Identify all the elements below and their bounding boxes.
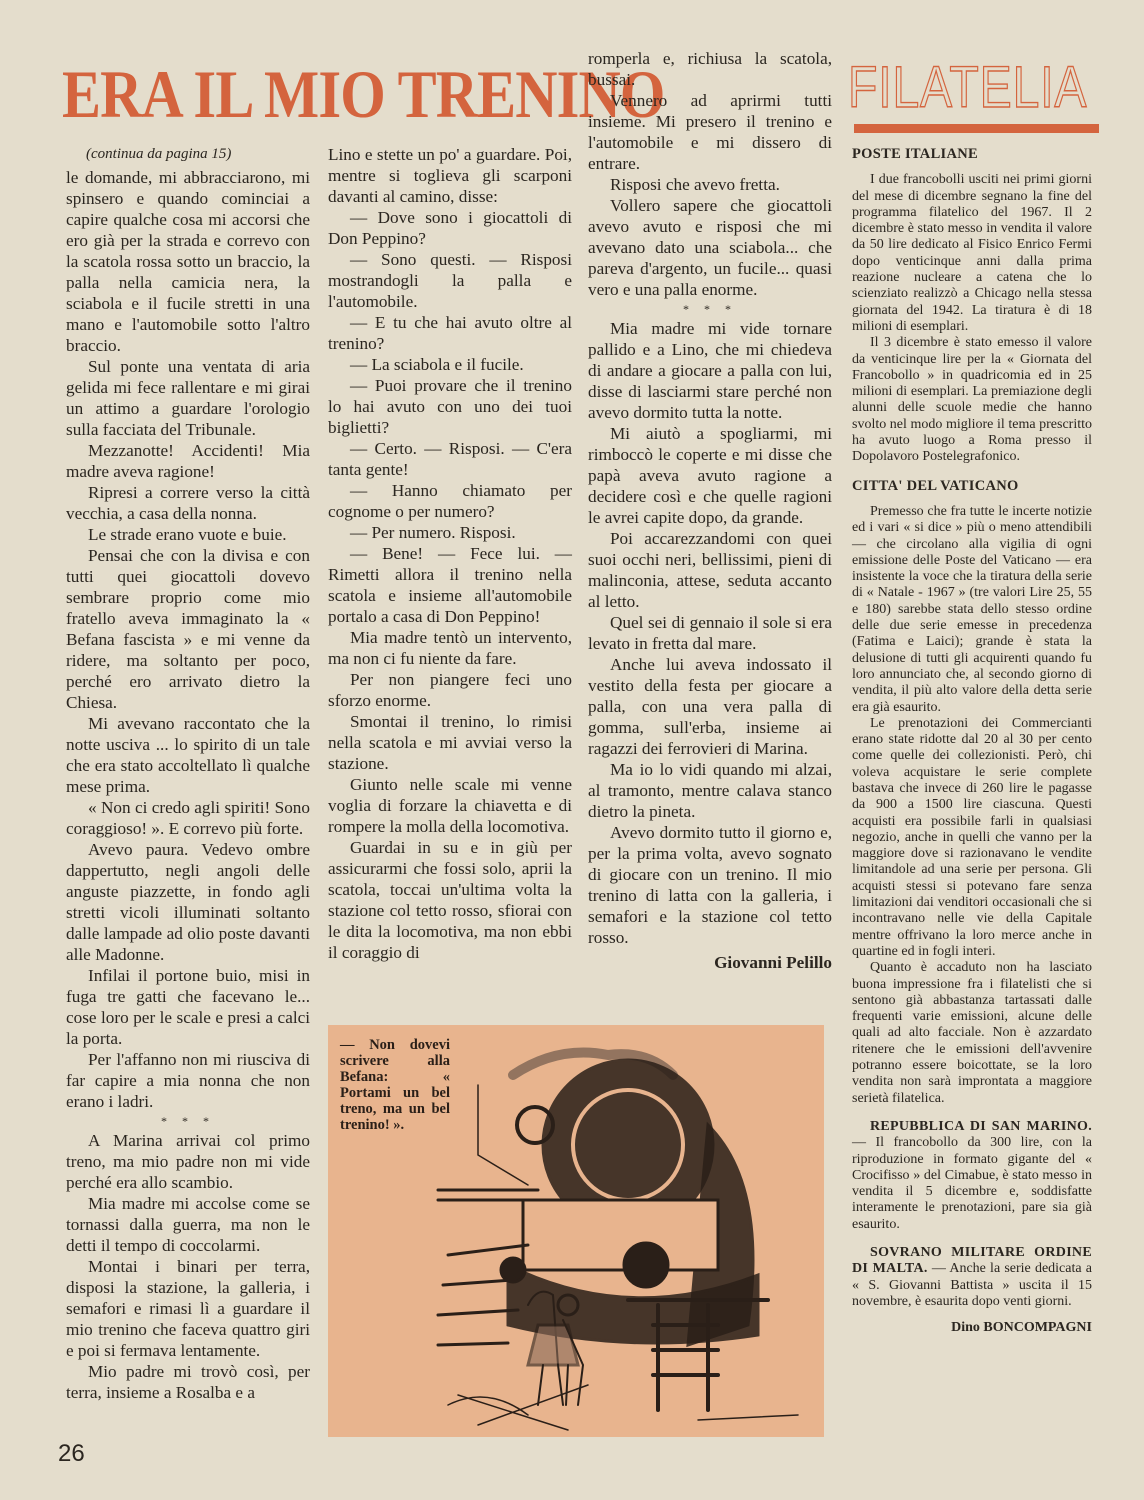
paragraph: Sul ponte una ventata di aria gelida mi … bbox=[66, 356, 310, 440]
paragraph: Montai i binari per terra, disposi la st… bbox=[66, 1256, 310, 1361]
paragraph: — La sciabola e il fucile. bbox=[328, 354, 572, 375]
paragraph: Avevo paura. Vedevo ombre dappertutto, n… bbox=[66, 839, 310, 965]
paragraph: Vennero ad aprirmi tutti insieme. Mi pre… bbox=[588, 90, 832, 174]
paragraph: Le prenotazioni dei Commercianti erano s… bbox=[852, 716, 1092, 960]
paragraph: Avevo dormito tutto il giorno e, per la … bbox=[588, 822, 832, 948]
malta-paragraph: SOVRANO MILITARE ORDINE DI MALTA. — Anch… bbox=[852, 1245, 1092, 1310]
paragraph: Giunto nelle scale mi venne voglia di fo… bbox=[328, 774, 572, 837]
paragraph: Per non piangere feci uno sforzo enorme. bbox=[328, 669, 572, 711]
paragraph: — Bene! — Fece lui. — Rimetti allora il … bbox=[328, 543, 572, 627]
paragraph: Premesso che fra tutte le incerte notizi… bbox=[852, 504, 1092, 716]
article-author: Giovanni Pelillo bbox=[588, 952, 832, 973]
paragraph: — E tu che hai avuto oltre al trenino? bbox=[328, 312, 572, 354]
continued-note: (continua da pagina 15) bbox=[66, 144, 310, 165]
paragraph: « Non ci credo agli spiriti! Sono coragg… bbox=[66, 797, 310, 839]
section-separator: * * * bbox=[588, 300, 832, 318]
paragraph: Il 3 dicembre è stato emesso il valore d… bbox=[852, 335, 1092, 465]
paragraph: Mia madre tentò un intervento, ma non ci… bbox=[328, 627, 572, 669]
paragraph: — Hanno chiamato per cognome o per numer… bbox=[328, 480, 572, 522]
paragraph: Pensai che con la divisa e con tutti que… bbox=[66, 545, 310, 713]
paragraph: Guardai in su e in giù per assicurarmi c… bbox=[328, 837, 572, 963]
page-number: 26 bbox=[58, 1440, 85, 1468]
filatelia-title: FILATELIA bbox=[848, 60, 1056, 116]
filatelia-column: POSTE ITALIANE I due francobolli usciti … bbox=[852, 146, 1092, 1336]
paragraph: — Sono questi. — Risposi mostrandogli la… bbox=[328, 249, 572, 312]
paragraph: Mia madre mi accolse come se tornassi da… bbox=[66, 1193, 310, 1256]
paragraph: Le strade erano vuote e buie. bbox=[66, 524, 310, 545]
san-marino-text: — Il francobollo da 300 lire, con la rip… bbox=[852, 1135, 1092, 1231]
paragraph: Ripresi a correre verso la città vecchia… bbox=[66, 482, 310, 524]
paragraph: Vollero sapere che giocattoli avevo avut… bbox=[588, 195, 832, 300]
paragraph: I due francobolli usciti nei primi giorn… bbox=[852, 172, 1092, 335]
filatelia-author: Dino BONCOMPAGNI bbox=[852, 1320, 1092, 1336]
paragraph: Infilai il portone buio, misi in fuga tr… bbox=[66, 965, 310, 1049]
article-column-2: Lino e stette un po' a guardare. Poi, me… bbox=[328, 144, 572, 963]
filatelia-underline-bar bbox=[854, 124, 1099, 133]
section-separator: * * * bbox=[66, 1112, 310, 1130]
paragraph: Mi aiutò a spogliarmi, mi rimboccò le co… bbox=[588, 423, 832, 528]
paragraph: — Dove sono i giocattoli di Don Peppino? bbox=[328, 207, 572, 249]
locomotive-drawing-icon bbox=[328, 1025, 824, 1437]
paragraph: — Per numero. Risposi. bbox=[328, 522, 572, 543]
article-column-1: (continua da pagina 15) le domande, mi a… bbox=[66, 144, 310, 1403]
section-heading-poste-italiane: POSTE ITALIANE bbox=[852, 146, 1092, 162]
paragraph: — Certo. — Risposi. — C'era tanta gente! bbox=[328, 438, 572, 480]
paragraph: Mia madre mi vide tornare pallido e a Li… bbox=[588, 318, 832, 423]
paragraph: Poi accarezzandomi con quei suoi occhi n… bbox=[588, 528, 832, 612]
article-column-3: romperla e, richiusa la scatola, bussai.… bbox=[588, 48, 832, 973]
paragraph: Mio padre mi trovò così, per terra, insi… bbox=[66, 1361, 310, 1403]
paragraph: Risposi che avevo fretta. bbox=[588, 174, 832, 195]
paragraph: Quanto è accaduto non ha lasciato buona … bbox=[852, 960, 1092, 1107]
paragraph: — Puoi provare che il trenino lo hai avu… bbox=[328, 375, 572, 438]
paragraph: le domande, mi abbracciarono, mi spinser… bbox=[66, 167, 310, 356]
paragraph: Per l'affanno non mi riusciva di far cap… bbox=[66, 1049, 310, 1112]
paragraph: A Marina arrivai col primo treno, ma mio… bbox=[66, 1130, 310, 1193]
san-marino-lead: REPUBBLICA DI SAN MARINO. bbox=[870, 1119, 1092, 1134]
train-illustration: — Non dovevi scrivere alla Befana: « Por… bbox=[328, 1025, 824, 1437]
paragraph: Quel sei di gennaio il sole si era levat… bbox=[588, 612, 832, 654]
paragraph: Mezzanotte! Accidenti! Mia madre aveva r… bbox=[66, 440, 310, 482]
san-marino-paragraph: REPUBBLICA DI SAN MARINO. — Il francobol… bbox=[852, 1119, 1092, 1233]
paragraph: Lino e stette un po' a guardare. Poi, me… bbox=[328, 144, 572, 207]
article-title: ERA IL MIO TRENINO bbox=[62, 56, 492, 132]
paragraph: Smontai il trenino, lo rimisi nella scat… bbox=[328, 711, 572, 774]
paragraph: Anche lui aveva indossato il vestito del… bbox=[588, 654, 832, 759]
paragraph: romperla e, richiusa la scatola, bussai. bbox=[588, 48, 832, 90]
paragraph: Ma io lo vidi quando mi alzai, al tramon… bbox=[588, 759, 832, 822]
paragraph: Mi avevano raccontato che la notte usciv… bbox=[66, 713, 310, 797]
section-heading-citta-del-vaticano: CITTA' DEL VATICANO bbox=[852, 478, 1092, 494]
